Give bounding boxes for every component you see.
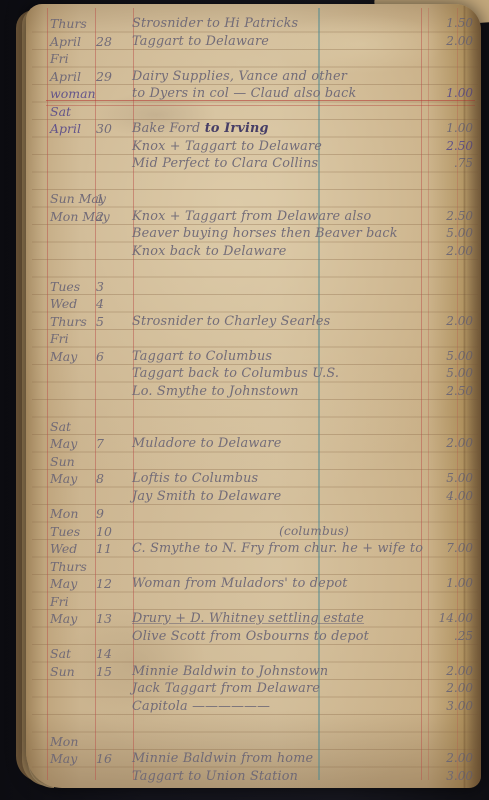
ledger-row: Mon May2Knox + Taggart from Delaware als… [48,208,475,226]
entry-description-text: Knox + Taggart to Delaware [132,139,322,154]
entry-date-number: 28 [96,33,132,51]
entry-date-number: 9 [96,505,132,523]
entry-day: Thurs [48,313,96,331]
entry-date-number: 29 [96,68,132,86]
entry-date-number [96,138,132,156]
entry-description [132,260,427,278]
entry-description-text: Olive Scott from Osbourns to depot [132,629,369,644]
entry-day [48,715,96,733]
entry-description-text: Muladore to Delaware [132,436,281,451]
ledger-row: Sun [48,453,475,471]
entry-day [48,260,96,278]
entry-description [132,50,427,68]
entry-date-number [96,453,132,471]
entry-description [132,558,427,576]
entry-date-number [96,558,132,576]
entry-day [48,138,96,156]
ledger-row: May13Drury + D. Whitney settling estate1… [48,610,475,628]
ledger-row: Wed4 [48,295,475,313]
ledger-row: April29Dairy Supplies, Vance and other [48,68,475,86]
entry-description-text: Knox back to Delaware [132,244,287,259]
entry-description [132,400,427,418]
entry-description-emphasis: to Irving [205,121,269,136]
entry-day [48,698,96,716]
entry-day: Mon [48,733,96,751]
entry-date-number [96,698,132,716]
ledger-rows: ThursStrosnider to Hi Patricks1.50April2… [48,15,475,785]
ledger-row: May16Minnie Baldwin from home2.00 [48,750,475,768]
entry-description-text: Strosnider to Charley Searles [132,314,330,329]
entry-day: Sat [48,103,96,121]
entry-day: Sat [48,418,96,436]
ledger-row: May12Woman from Muladors' to depot1.00 [48,575,475,593]
entry-date-number: 7 [96,435,132,453]
entry-date-number: 30 [96,120,132,138]
entry-day: Fri [48,593,96,611]
entry-description [132,645,427,663]
entry-description: Taggart to Delaware [132,33,427,51]
entry-description-text: Taggart back to Columbus U.S. [132,366,339,381]
entry-date-number [96,85,132,103]
entry-description [132,453,427,471]
entry-date-number [96,103,132,121]
ledger-paper: ThursStrosnider to Hi Patricks1.50April2… [26,4,481,788]
entry-date-number: 2 [96,208,132,226]
entry-description: C. Smythe to N. Fry from chur. he + wife… [132,540,427,558]
entry-description: Olive Scott from Osbourns to depot [132,628,427,646]
entry-date-number [96,330,132,348]
entry-day: May [48,470,96,488]
entry-date-number [96,418,132,436]
entry-day: Thurs [48,558,96,576]
entry-description: Mid Perfect to Clara Collins [132,155,427,173]
entry-description: Strosnider to Charley Searles [132,313,427,331]
entry-description [132,190,427,208]
entry-description-text: Woman from Muladors' to depot [132,576,348,591]
entry-description: Taggart back to Columbus U.S. [132,365,427,383]
entry-description: Knox + Taggart to Delaware [132,138,427,156]
ledger-row: Fri [48,593,475,611]
entry-description-text: Beaver buying horses then Beaver back [132,226,398,241]
entry-date-number: 4 [96,295,132,313]
entry-day: April [48,68,96,86]
entry-date-number: 6 [96,348,132,366]
entry-date-number: 12 [96,575,132,593]
entry-date-number [96,400,132,418]
ledger-row [48,400,475,418]
entry-day: woman [48,85,96,103]
ledger-row: Sat [48,103,475,121]
entry-description [132,715,427,733]
entry-date-number [96,680,132,698]
entry-description: Woman from Muladors' to depot [132,575,427,593]
entry-day [48,225,96,243]
page-right-edge-shadow [465,4,481,788]
ledger-row: Thurs5Strosnider to Charley Searles2.00 [48,313,475,331]
entry-date-number: 5 [96,313,132,331]
entry-description: Drury + D. Whitney settling estate [132,610,427,628]
entry-day [48,768,96,786]
entry-description-text: Loftis to Columbus [132,471,258,486]
ledger-row: Lo. Smythe to Johnstown2.50 [48,383,475,401]
ledger-row [48,715,475,733]
entry-description: to Dyers in col — Claud also back [132,85,427,103]
entry-description-text: Bake Ford [132,121,205,136]
entry-date-number: 8 [96,470,132,488]
entry-day: Wed [48,295,96,313]
entry-description [132,505,427,523]
entry-description: Taggart to Columbus [132,348,427,366]
entry-description: Bake Ford to Irving [132,120,427,138]
entry-date-number: 15 [96,663,132,681]
entry-date-number [96,173,132,191]
entry-date-number [96,50,132,68]
entry-date-number [96,243,132,261]
entry-description [132,173,427,191]
entry-description: Jack Taggart from Delaware [132,680,427,698]
entry-day: Sun May [48,190,96,208]
entry-date-number [96,260,132,278]
entry-description: Strosnider to Hi Patricks [132,15,427,33]
entry-date-number [96,628,132,646]
entry-description [132,593,427,611]
entry-day [48,383,96,401]
entry-day: May [48,435,96,453]
ledger-row: Taggart back to Columbus U.S.5.00 [48,365,475,383]
entry-description-text: Lo. Smythe to Johnstown [132,384,299,399]
ledger-row [48,260,475,278]
entry-description-text: Knox + Taggart from Delaware also [132,209,371,224]
entry-day: Mon [48,505,96,523]
entry-description: Minnie Baldwin to Johnstown [132,663,427,681]
entry-description: Minnie Baldwin from home [132,750,427,768]
ledger-row: Mon [48,733,475,751]
ledger-row: April30Bake Ford to Irving1.00 [48,120,475,138]
entry-description-text: Jack Taggart from Delaware [132,681,320,696]
ledger-row: May7Muladore to Delaware2.00 [48,435,475,453]
ledger-row: Jack Taggart from Delaware2.00 [48,680,475,698]
ledger-row: Knox back to Delaware2.00 [48,243,475,261]
ledger-row: womanto Dyers in col — Claud also back1.… [48,85,475,103]
entry-day [48,173,96,191]
entry-day [48,488,96,506]
ledger-row: Capitola ——————3.00 [48,698,475,716]
entry-date-number [96,488,132,506]
ledger-row: May6Taggart to Columbus5.00 [48,348,475,366]
entry-day: May [48,575,96,593]
entry-day: Thurs [48,15,96,33]
entry-day: Wed [48,540,96,558]
entry-date-number [96,733,132,751]
ledger-row: Mon9 [48,505,475,523]
entry-description [132,330,427,348]
ledger-row: Taggart to Union Station3.00 [48,768,475,786]
entry-date-number [96,225,132,243]
entry-description [132,295,427,313]
entry-description: Knox back to Delaware [132,243,427,261]
entry-description-text: Mid Perfect to Clara Collins [132,156,318,171]
entry-date-number [96,768,132,786]
ledger-row: Mid Perfect to Clara Collins.75 [48,155,475,173]
ledger-row [48,173,475,191]
ledger-row: ThursStrosnider to Hi Patricks1.50 [48,15,475,33]
entry-day: Fri [48,330,96,348]
ledger-row: Thurs [48,558,475,576]
entry-description: (columbus) [132,523,427,541]
entry-description: Lo. Smythe to Johnstown [132,383,427,401]
entry-description [132,733,427,751]
entry-day [48,680,96,698]
entry-day [48,155,96,173]
entry-day: April [48,120,96,138]
entry-description-text: C. Smythe to N. Fry from chur. he + wife… [132,541,423,556]
ledger-row: Sat [48,418,475,436]
ledger-row: May8Loftis to Columbus5.00 [48,470,475,488]
entry-day [48,400,96,418]
entry-date-number: 11 [96,540,132,558]
entry-day [48,628,96,646]
entry-description-text: Drury + D. Whitney settling estate [132,611,364,626]
ledger-row: Tues10(columbus) [48,523,475,541]
entry-description: Taggart to Union Station [132,768,427,786]
entry-description-text: Jay Smith to Delaware [132,489,281,504]
entry-date-number [96,365,132,383]
entry-date-number: 1 [96,190,132,208]
entry-day: Mon May [48,208,96,226]
ledger-row: Fri [48,50,475,68]
entry-day: May [48,348,96,366]
entry-description-text: to Dyers in col — Claud also back [132,86,356,101]
ledger-row: Beaver buying horses then Beaver back5.0… [48,225,475,243]
entry-day [48,243,96,261]
entry-description-text: Taggart to Columbus [132,349,272,364]
entry-description-text: (columbus) [279,524,349,538]
entry-description: Capitola —————— [132,698,427,716]
entry-date-number [96,383,132,401]
entry-description [132,418,427,436]
ledger-row: Knox + Taggart to Delaware2.50 [48,138,475,156]
ledger-row: Wed11C. Smythe to N. Fry from chur. he +… [48,540,475,558]
entry-date-number [96,715,132,733]
entry-description: Knox + Taggart from Delaware also [132,208,427,226]
ledger-row: April28Taggart to Delaware2.00 [48,33,475,51]
entry-date-number: 10 [96,523,132,541]
entry-description-text: Taggart to Delaware [132,34,269,49]
entry-description-text: Strosnider to Hi Patricks [132,16,298,31]
ledger-row: Sun May1 [48,190,475,208]
entry-day: Sun [48,453,96,471]
ledger-row: Jay Smith to Delaware4.00 [48,488,475,506]
entry-day: Fri [48,50,96,68]
entry-description-text: Minnie Baldwin from home [132,751,313,766]
entry-date-number: 14 [96,645,132,663]
ledger-row: Sat14 [48,645,475,663]
entry-description: Muladore to Delaware [132,435,427,453]
entry-day: May [48,610,96,628]
ledger-row: Sun15Minnie Baldwin to Johnstown2.00 [48,663,475,681]
entry-date-number: 16 [96,750,132,768]
entry-date-number [96,155,132,173]
entry-description [132,103,427,121]
entry-day: Sat [48,645,96,663]
entry-day: April [48,33,96,51]
entry-date-number [96,15,132,33]
entry-description: Loftis to Columbus [132,470,427,488]
entry-description-text: Dairy Supplies, Vance and other [132,69,347,84]
entry-day: May [48,750,96,768]
entry-day: Tues [48,278,96,296]
entry-description: Dairy Supplies, Vance and other [132,68,427,86]
entry-description-text: Taggart to Union Station [132,769,298,784]
entry-date-number: 3 [96,278,132,296]
entry-description-text: Minnie Baldwin to Johnstown [132,664,328,679]
scanned-ledger-page: ThursStrosnider to Hi Patricks1.50April2… [0,0,489,800]
entry-description-text: Capitola —————— [132,699,270,714]
entry-date-number [96,593,132,611]
entry-day: Tues [48,523,96,541]
ledger-row: Fri [48,330,475,348]
entry-description: Beaver buying horses then Beaver back [132,225,427,243]
entry-description: Jay Smith to Delaware [132,488,427,506]
entry-date-number: 13 [96,610,132,628]
entry-description [132,278,427,296]
entry-day [48,365,96,383]
ledger-row: Tues3 [48,278,475,296]
ledger-row: Olive Scott from Osbourns to depot.25 [48,628,475,646]
entry-day: Sun [48,663,96,681]
